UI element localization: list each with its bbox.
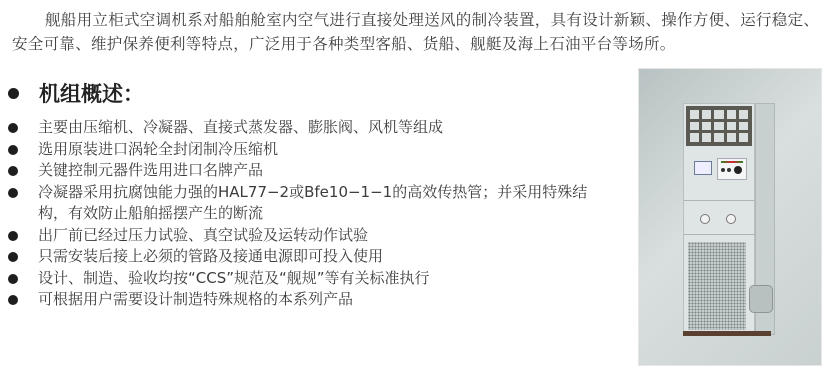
control-panel xyxy=(717,158,747,180)
list-item: 设计、制造、验收均按“CCS”规范及“舰规”等有关标准执行 xyxy=(8,268,608,290)
pressure-gauge xyxy=(700,214,710,224)
bullet-icon xyxy=(8,188,18,198)
panel-divider xyxy=(684,234,756,235)
section-title: 机组概述： xyxy=(39,78,144,108)
intake-mesh xyxy=(688,242,746,330)
switch-knob xyxy=(721,168,725,172)
list-item: 只需安装后接上必须的管路及接通电源即可投入使用 xyxy=(8,246,608,268)
list-item: 关键控制元器件选用进口名牌产品 xyxy=(8,160,608,182)
pipe-fitting xyxy=(749,285,773,313)
list-item: 可根据用户需要设计制造特殊规格的本系列产品 xyxy=(8,289,608,311)
bullet-icon xyxy=(8,166,18,176)
intro-paragraph: 舰船用立柜式空调机系对船舶舱室内空气进行直接处理送风的制冷装置，具有设计新颖、操… xyxy=(12,8,822,56)
air-conditioner-unit xyxy=(683,103,775,335)
air-outlet-grille xyxy=(686,106,752,146)
bullet-icon xyxy=(8,123,18,133)
switch-knob xyxy=(727,168,731,172)
bullet-icon xyxy=(8,145,18,155)
list-item: 冷凝器采用抗腐蚀能力强的HAL77−2或Bfe10−1−1的高效传热管；并采用特… xyxy=(8,182,608,225)
pressure-gauge xyxy=(726,214,736,224)
bullet-icon xyxy=(8,231,18,241)
unit-base xyxy=(683,331,771,336)
list-item: 出厂前已经过压力试验、真空试验及运转动作试验 xyxy=(8,225,608,247)
bullet-icon xyxy=(8,88,19,99)
panel-divider xyxy=(684,200,756,201)
control-knob xyxy=(734,166,742,174)
indicator-lights xyxy=(721,161,743,163)
product-photo xyxy=(638,68,822,366)
list-item: 选用原装进口涡轮全封闭制冷压缩机 xyxy=(8,139,608,161)
bullet-icon xyxy=(8,295,18,305)
feature-list: 主要由压缩机、冷凝器、直接式蒸发器、膨胀阀、风机等组成 选用原装进口涡轮全封闭制… xyxy=(8,117,608,311)
unit-front-panel xyxy=(683,103,755,335)
section-heading: 机组概述： xyxy=(8,78,144,108)
bullet-icon xyxy=(8,252,18,262)
list-item: 主要由压缩机、冷凝器、直接式蒸发器、膨胀阀、风机等组成 xyxy=(8,117,608,139)
logo-plate xyxy=(694,161,712,175)
intro-text: 舰船用立柜式空调机系对船舶舱室内空气进行直接处理送风的制冷装置，具有设计新颖、操… xyxy=(12,11,819,53)
bullet-icon xyxy=(8,274,18,284)
